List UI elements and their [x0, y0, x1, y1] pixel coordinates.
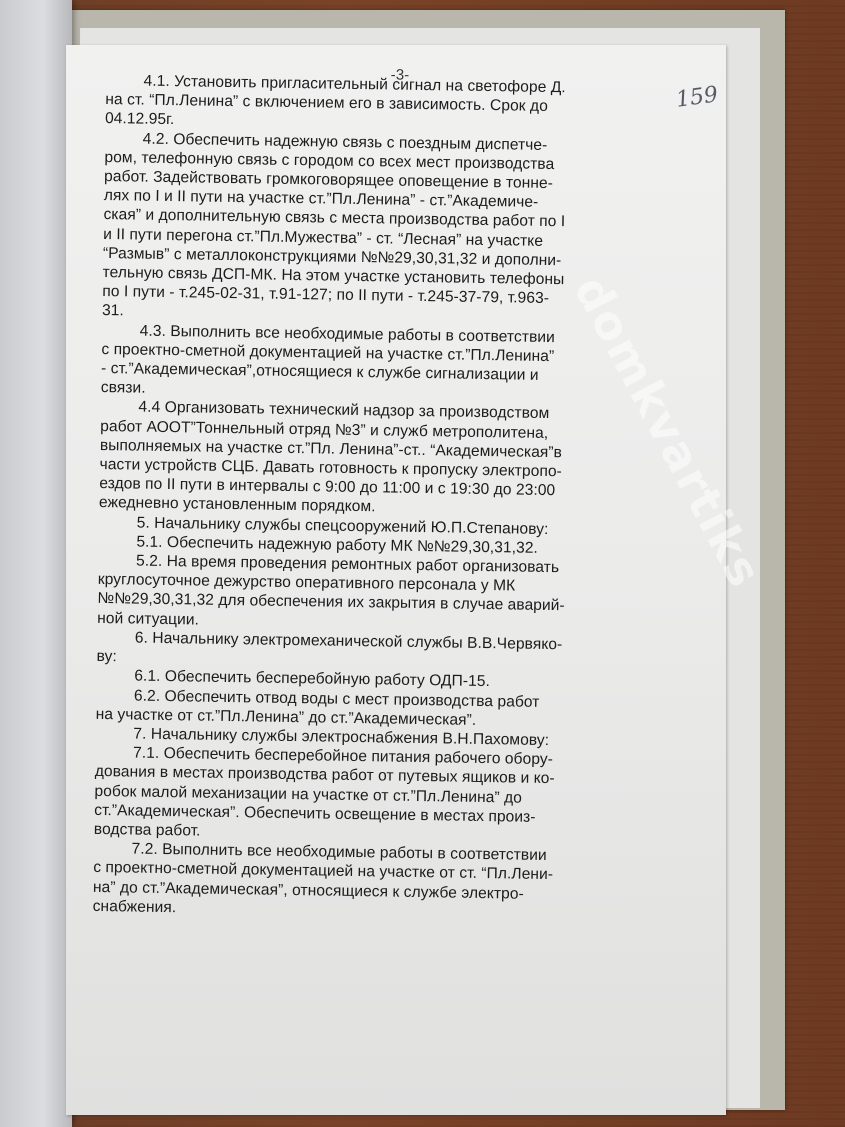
document-text: 4.1. Установить пригласительный сигнал н… — [93, 57, 706, 925]
document-page: -3- 4.1. Установить пригласительный сигн… — [66, 45, 726, 1115]
handwritten-sheet-number: 159 — [674, 82, 719, 113]
document-body: -3- 4.1. Установить пригласительный сигн… — [93, 57, 706, 925]
left-page-stack — [0, 0, 72, 1127]
page-number: -3- — [391, 65, 410, 84]
